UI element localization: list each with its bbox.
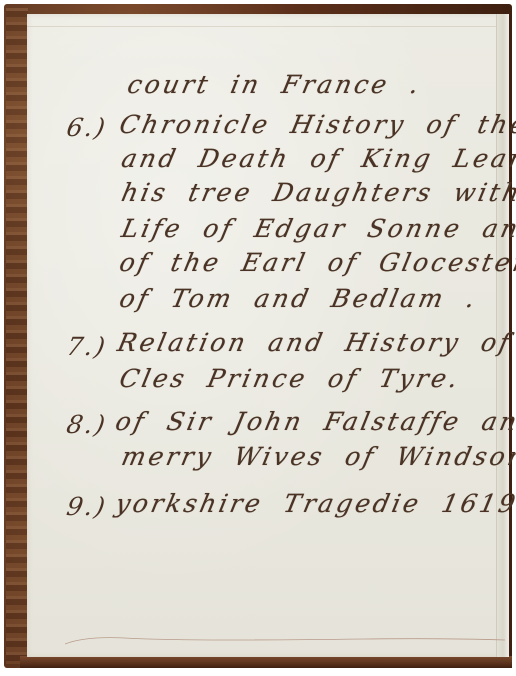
manuscript-text: court in France . 6.) Chronicle History … bbox=[27, 14, 509, 657]
entry-8-line-2: merry Wives of Windsor. bbox=[119, 442, 516, 471]
entry-6-line-3: his tree Daughters with the bbox=[119, 178, 516, 207]
entry-6-line-5: of the Earl of Glocester and bbox=[117, 248, 516, 277]
continuation-line: court in France . bbox=[125, 70, 424, 99]
entry-8-line-1: of Sir John Falstaffe and the bbox=[113, 407, 516, 436]
entry-6-number: 6.) bbox=[64, 113, 109, 142]
binding-bottom-edge bbox=[20, 656, 512, 668]
binding-spine-wear bbox=[6, 8, 28, 664]
entry-6-line-2: and Death of King Lear and bbox=[119, 144, 516, 173]
entry-9-line-1: yorkshire Tragedie 1619 . bbox=[113, 489, 516, 518]
entry-8-number: 8.) bbox=[64, 410, 109, 439]
entry-6-line-4: Life of Edgar Sonne and Heire bbox=[119, 214, 516, 243]
entry-6-line-6: of Tom and Bedlam . bbox=[117, 284, 480, 313]
entry-9-number: 9.) bbox=[64, 492, 109, 521]
manuscript-scene: court in France . 6.) Chronicle History … bbox=[0, 0, 516, 676]
entry-6-line-1: Chronicle History of the Life bbox=[117, 110, 516, 139]
entry-7-line-1: Relation and History of Peri: bbox=[115, 328, 516, 357]
entry-7-number: 7.) bbox=[64, 332, 109, 361]
entry-7-line-2: Cles Prince of Tyre. bbox=[117, 364, 463, 393]
manuscript-page: court in France . 6.) Chronicle History … bbox=[27, 14, 509, 657]
